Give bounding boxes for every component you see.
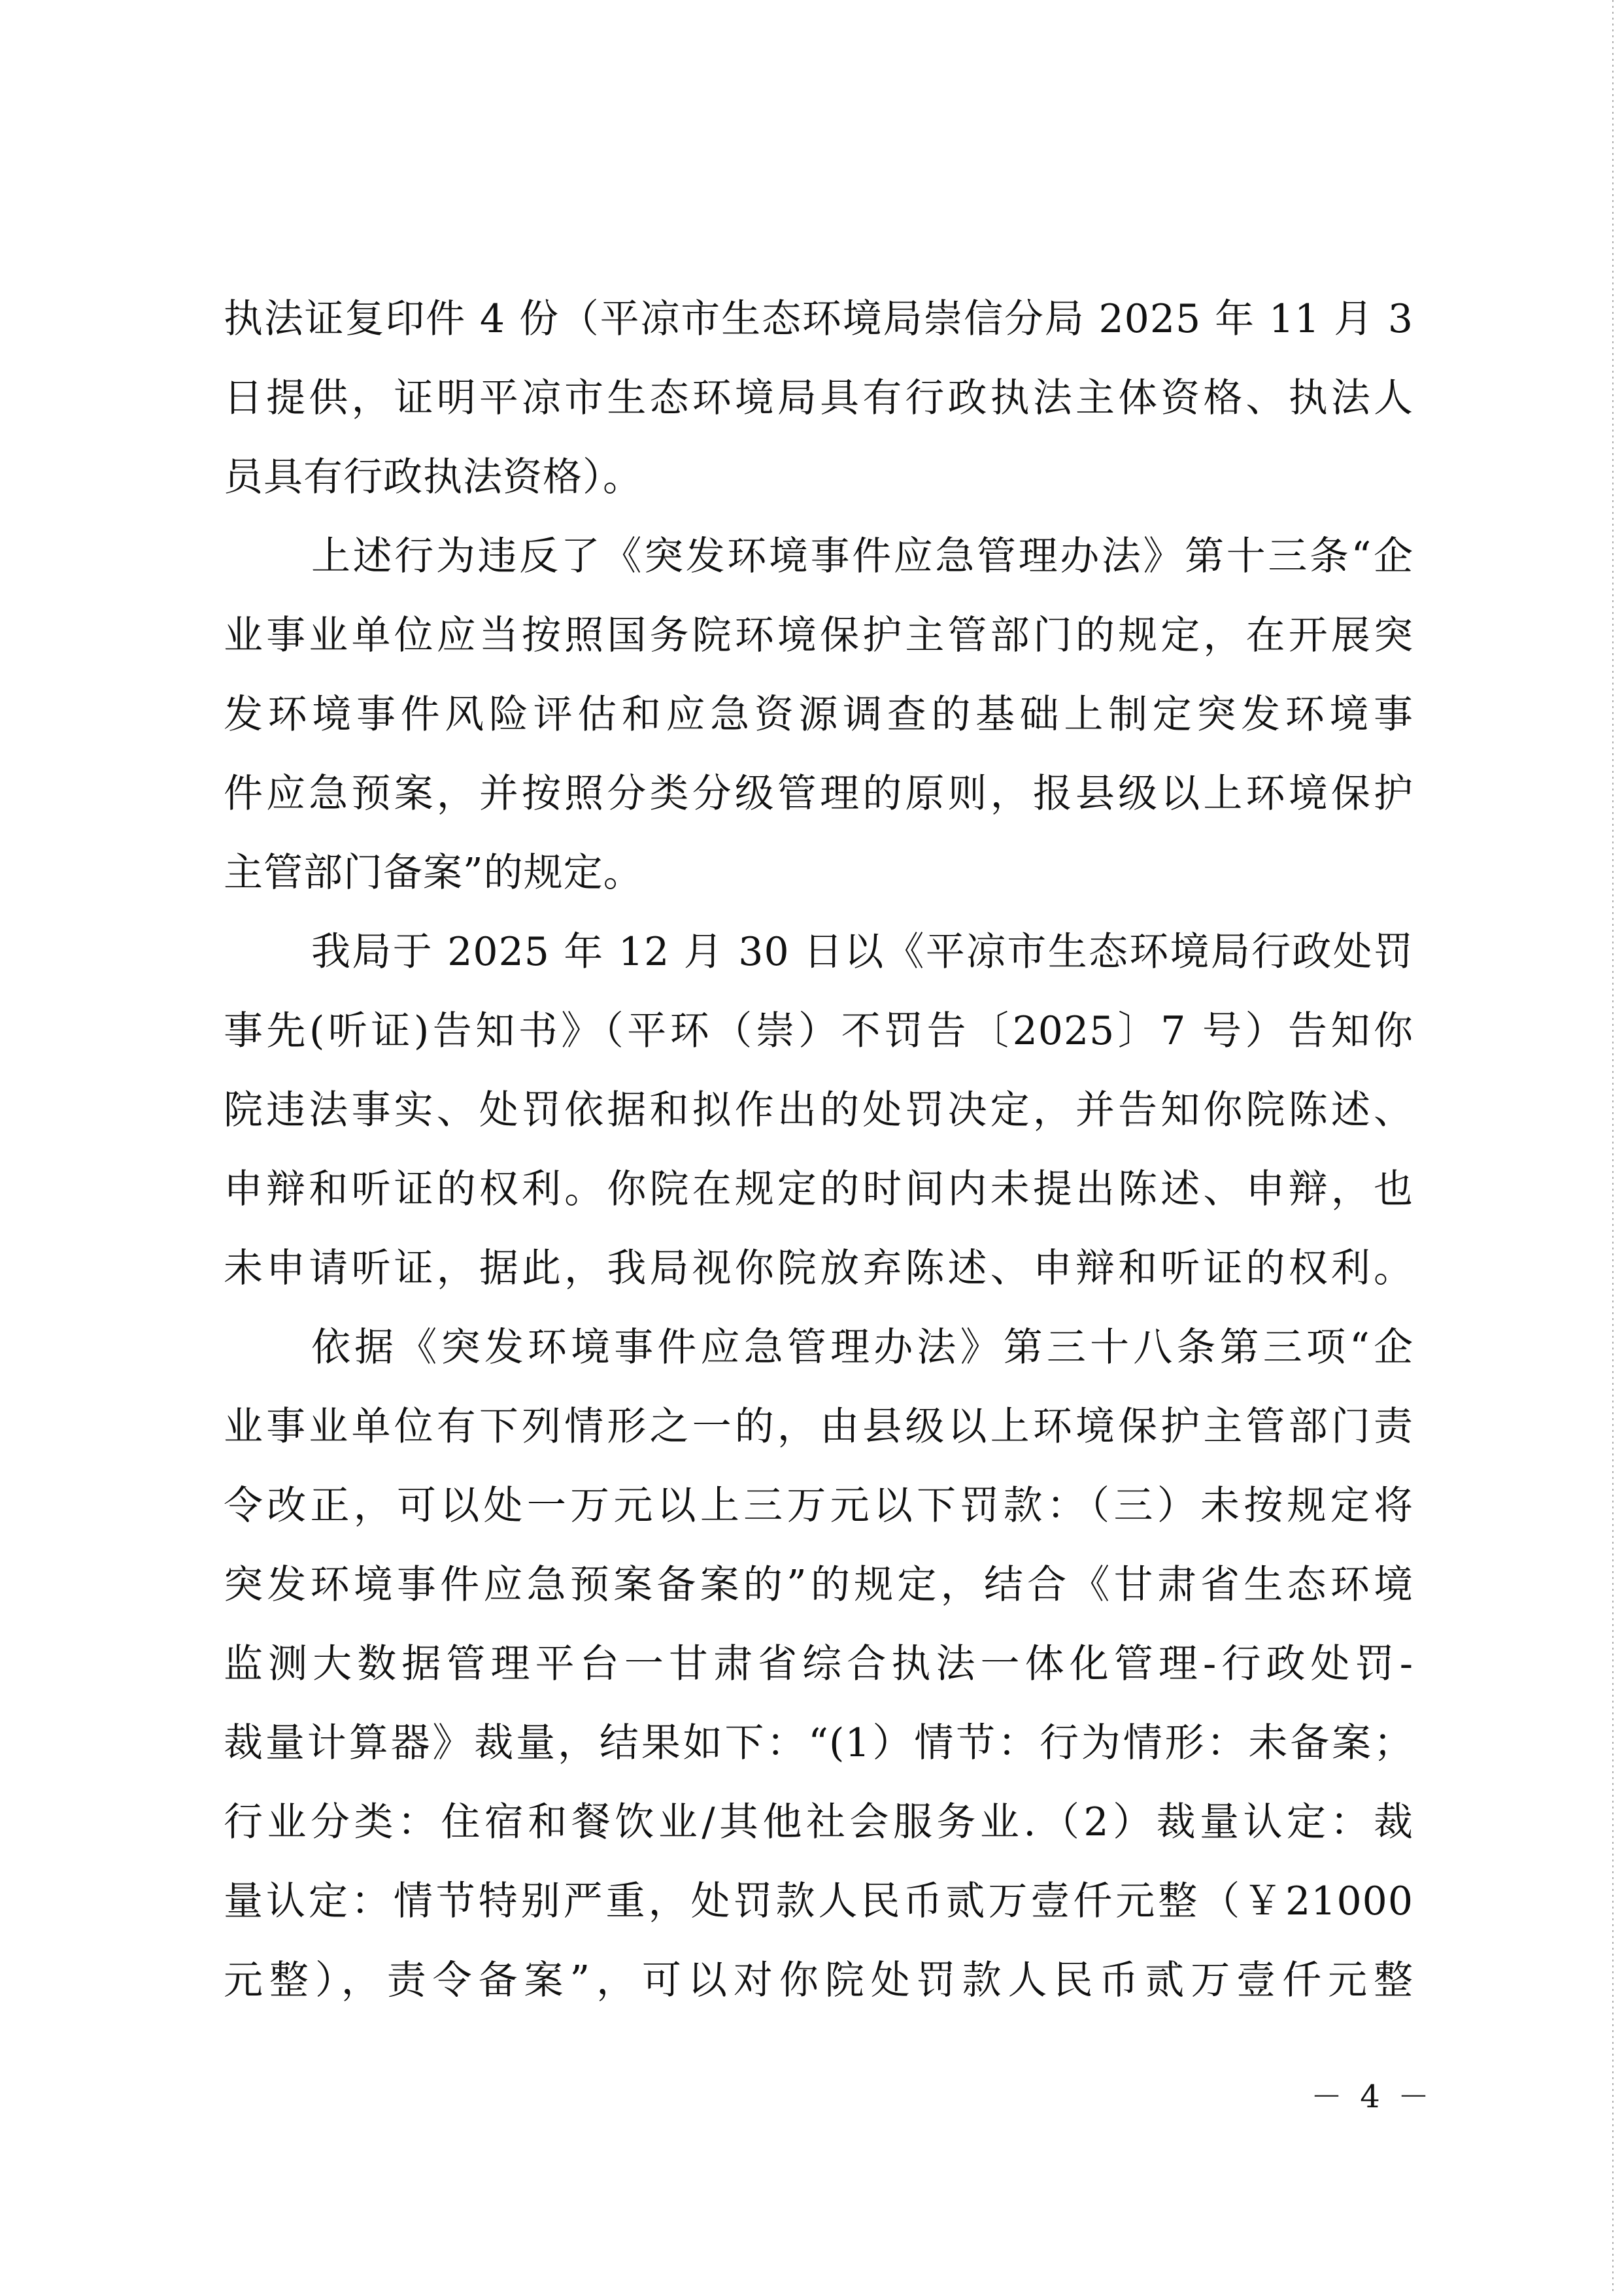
paragraph-4-line-5: 监测大数据管理平台一甘肃省综合执法一体化管理-行政处罚-	[224, 1640, 1413, 1720]
paragraph-3-line-2: 事先(听证)告知书》（平环（崇）不罚告〔2025〕7 号）告知你	[224, 1008, 1413, 1087]
paragraph-2-line-4: 件应急预案，并按照分类分级管理的原则，报县级以上环境保护	[224, 770, 1413, 849]
page-number: － 4 －	[1311, 2071, 1433, 2116]
paragraph-2-line-1: 上述行为违反了《突发环境事件应急管理办法》第十三条“企	[311, 533, 1413, 612]
paragraph-4-line-6: 裁量计算器》裁量，结果如下：“(1）情节：行为情形：未备案；	[224, 1720, 1413, 1799]
paragraph-1-line-1: 执法证复印件 4 份（平凉市生态环境局崇信分局 2025 年 11 月 3	[224, 296, 1413, 375]
paragraph-3-line-4: 申辩和听证的权利。你院在规定的时间内未提出陈述、申辩，也	[224, 1166, 1413, 1245]
scan-edge-artifact	[1612, 0, 1614, 2293]
paragraph-3-line-1: 我局于 2025 年 12 月 30 日以《平凉市生态环境局行政处罚	[311, 928, 1413, 1008]
paragraph-4-line-1: 依据《突发环境事件应急管理办法》第三十八条第三项“企	[311, 1324, 1413, 1403]
paragraph-4-line-9: 元整），责令备案”，可以对你院处罚款人民币贰万壹仟元整	[224, 1957, 1413, 2036]
paragraph-1-line-3: 员具有行政执法资格）。	[224, 454, 1413, 533]
paragraph-3-line-5: 未申请听证，据此，我局视你院放弃陈述、申辩和听证的权利。	[224, 1245, 1413, 1324]
paragraph-4-line-2: 业事业单位有下列情形之一的，由县级以上环境保护主管部门责	[224, 1403, 1413, 1482]
paragraph-2-line-3: 发环境事件风险评估和应急资源调查的基础上制定突发环境事	[224, 691, 1413, 770]
paragraph-2-line-2: 业事业单位应当按照国务院环境保护主管部门的规定，在开展突	[224, 612, 1413, 691]
paragraph-4-line-3: 令改正，可以处一万元以上三万元以下罚款：（三）未按规定将	[224, 1482, 1413, 1561]
paragraph-1-line-2: 日提供，证明平凉市生态环境局具有行政执法主体资格、执法人	[224, 375, 1413, 454]
paragraph-2-line-5: 主管部门备案”的规定。	[224, 849, 1413, 928]
paragraph-4-line-7: 行业分类：住宿和餐饮业/其他社会服务业.（2）裁量认定：裁	[224, 1799, 1413, 1878]
paragraph-4-line-8: 量认定：情节特别严重，处罚款人民币贰万壹仟元整（￥21000	[224, 1878, 1413, 1957]
paragraph-3-line-3: 院违法事实、处罚依据和拟作出的处罚决定，并告知你院陈述、	[224, 1087, 1413, 1166]
document-page: 执法证复印件 4 份（平凉市生态环境局崇信分局 2025 年 11 月 3 日提…	[0, 0, 1624, 2293]
paragraph-4-line-4: 突发环境事件应急预案备案的”的规定，结合《甘肃省生态环境	[224, 1561, 1413, 1640]
